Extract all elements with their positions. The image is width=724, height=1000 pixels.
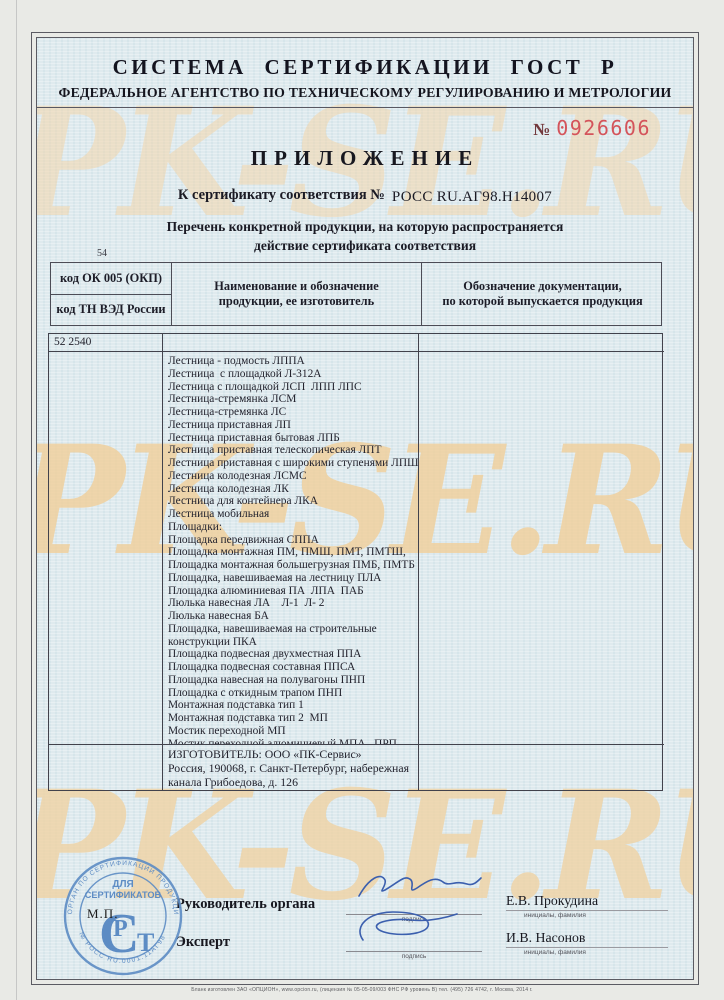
empty-cell	[49, 352, 162, 744]
blank-number: №0926606	[533, 116, 651, 140]
list-item: Лестница приставная телескопическая ЛПТ	[168, 444, 418, 457]
certificate-number: РОСС RU.АГ98.Н14007	[392, 189, 552, 205]
svg-text:СЕРТИФИКАТОВ: СЕРТИФИКАТОВ	[85, 890, 162, 900]
signature-squiggle-head	[355, 868, 485, 902]
list-item: Лестница колодезная ЛК	[168, 483, 418, 496]
empty-cell	[418, 334, 664, 351]
list-item: конструкции ПКА	[168, 636, 418, 649]
list-item: Площадка подвесная двухместная ППА	[168, 648, 418, 661]
manufacturer-line: ИЗГОТОВИТЕЛЬ: ООО «ПК-Сервис»	[168, 747, 418, 761]
list-item: Площадка подвесная составная ППСА	[168, 661, 418, 674]
list-item: Люлька навесная ЛА Л-1 Л- 2	[168, 597, 418, 610]
empty-cell	[49, 745, 162, 790]
agency-title: ФЕДЕРАЛЬНОЕ АГЕНТСТВО ПО ТЕХНИЧЕСКОМУ РЕ…	[37, 85, 693, 101]
empty-cell	[418, 352, 664, 744]
certificate-reference-line: К сертификату соответствия №РОСС RU.АГ98…	[37, 187, 693, 204]
code-header-cell: код ОК 005 (ОКП) код ТН ВЭД России	[51, 263, 171, 325]
list-item: Люлька навесная БА	[168, 610, 418, 623]
head-of-body-label: Руководитель органа	[176, 896, 315, 913]
subtitle-line-1: Перечень конкретной продукции, на котору…	[37, 217, 693, 236]
list-item: Площадка монтажная большегрузная ПМБ, ПМ…	[168, 559, 418, 572]
name-caption-expert: инициалы, фамилия	[506, 949, 686, 956]
product-list: Лестница - подмость ЛППАЛестница с площа…	[162, 352, 418, 744]
list-item: Площадки:	[168, 521, 418, 534]
document-header: СИСТЕМА СЕРТИФИКАЦИИ ГОСТ Р ФЕДЕРАЛЬНОЕ …	[37, 38, 693, 108]
empty-cell	[418, 745, 664, 790]
list-item: Монтажная подставка тип 1	[168, 699, 418, 712]
certificate-appendix-page: PK-SE.RU PK-SE.RU PK-SE.RU СИСТЕМА СЕРТИ…	[0, 0, 724, 1000]
manufacturer-line: канала Грибоедова, д. 126	[168, 775, 418, 789]
list-item: Площадка алюминиевая ПА ЛПА ПАБ	[168, 585, 418, 598]
list-item: Лестница - подмость ЛППА	[168, 355, 418, 368]
list-item: Площадка, навешиваемая на строительные	[168, 623, 418, 636]
manufacturer-line: Россия, 190068, г. Санкт-Петербург, набе…	[168, 761, 418, 775]
okp-code-header: код ОК 005 (ОКП)	[51, 263, 171, 294]
list-item: Лестница-стремянка ЛС	[168, 406, 418, 419]
list-item: Площадка, навешиваемая на лестницу ПЛА	[168, 572, 418, 585]
signature-squiggle-expert	[349, 906, 469, 946]
list-item: Лестница приставная с широкими ступенями…	[168, 457, 418, 470]
table-row-manufacturer: ИЗГОТОВИТЕЛЬ: ООО «ПК-Сервис» Россия, 19…	[49, 744, 664, 790]
document-inner-frame: PK-SE.RU PK-SE.RU PK-SE.RU СИСТЕМА СЕРТИ…	[36, 37, 694, 980]
table-row-products: Лестница - подмость ЛППАЛестница с площа…	[49, 352, 664, 744]
list-item: Лестница с площадкой ЛСП ЛПП ЛПС	[168, 381, 418, 394]
mp-seal-label: М.П.	[87, 906, 118, 922]
number-sign: №	[533, 120, 550, 139]
signature-caption-expert: подпись	[346, 953, 482, 960]
blank-number-digits: 0926606	[556, 116, 651, 140]
scan-edge-line	[16, 0, 17, 1000]
svg-text:Т: Т	[137, 928, 154, 957]
list-item: Площадка монтажная ПМ, ПМШ, ПМТ, ПМТШ,	[168, 546, 418, 559]
name-caption-head: инициалы, фамилия	[506, 912, 686, 919]
list-item: Лестница с площадкой Л-312А	[168, 368, 418, 381]
list-item: Лестница приставная бытовая ЛПБ	[168, 432, 418, 445]
list-item: Площадка передвижная СППА	[168, 534, 418, 547]
list-item: Площадка навесная на полувагоны ПНП	[168, 674, 418, 687]
list-item: Лестница-стремянка ЛСМ	[168, 393, 418, 406]
table-header: код ОК 005 (ОКП) код ТН ВЭД России Наиме…	[50, 262, 662, 326]
head-of-body-name: Е.В. Прокудина	[506, 893, 668, 911]
table-row-code: 52 2540	[49, 334, 664, 352]
product-list-subtitle: Перечень конкретной продукции, на котору…	[37, 217, 693, 255]
list-item: Лестница приставная ЛП	[168, 419, 418, 432]
expert-name: И.В. Насонов	[506, 930, 668, 948]
certification-system-title: СИСТЕМА СЕРТИФИКАЦИИ ГОСТ Р	[37, 55, 693, 80]
certificate-reference-label: К сертификату соответствия №	[178, 187, 385, 203]
product-name-header: Наименование и обозначение продукции, ее…	[171, 263, 421, 325]
document-content: СИСТЕМА СЕРТИФИКАЦИИ ГОСТ Р ФЕДЕРАЛЬНОЕ …	[37, 38, 693, 979]
okp-code-value: 52 2540	[49, 334, 162, 351]
list-item: Мостик переходной МП	[168, 725, 418, 738]
documentation-header: Обозначение документации, по которой вып…	[421, 263, 663, 325]
blank-manufacturer-footnote: Бланк изготовлен ЗАО «ОПЦИОН», www.opcio…	[0, 987, 724, 993]
svg-text:ДЛЯ: ДЛЯ	[112, 879, 133, 890]
page-note: 54	[97, 248, 107, 259]
list-item: Площадка с откидным трапом ПНП	[168, 687, 418, 700]
empty-cell	[162, 334, 418, 351]
certification-stamp: ОРГАН ПО СЕРТИФИКАЦИИ ПРОДУКЦИИ ООО № РО…	[61, 854, 185, 978]
list-item: Лестница колодезная ЛСМС	[168, 470, 418, 483]
subtitle-line-2: действие сертификата соответствия	[37, 236, 693, 255]
manufacturer-info: ИЗГОТОВИТЕЛЬ: ООО «ПК-Сервис» Россия, 19…	[162, 745, 418, 790]
list-item: Лестница мобильная	[168, 508, 418, 521]
tnved-code-header: код ТН ВЭД России	[51, 294, 171, 326]
list-item: Монтажная подставка тип 2 МП	[168, 712, 418, 725]
document-frame: PK-SE.RU PK-SE.RU PK-SE.RU СИСТЕМА СЕРТИ…	[31, 32, 699, 985]
appendix-title: ПРИЛОЖЕНИЕ	[37, 146, 693, 171]
product-table: 52 2540 Лестница - подмость ЛППАЛестница…	[48, 333, 663, 791]
list-item: Лестница для контейнера ЛКА	[168, 495, 418, 508]
